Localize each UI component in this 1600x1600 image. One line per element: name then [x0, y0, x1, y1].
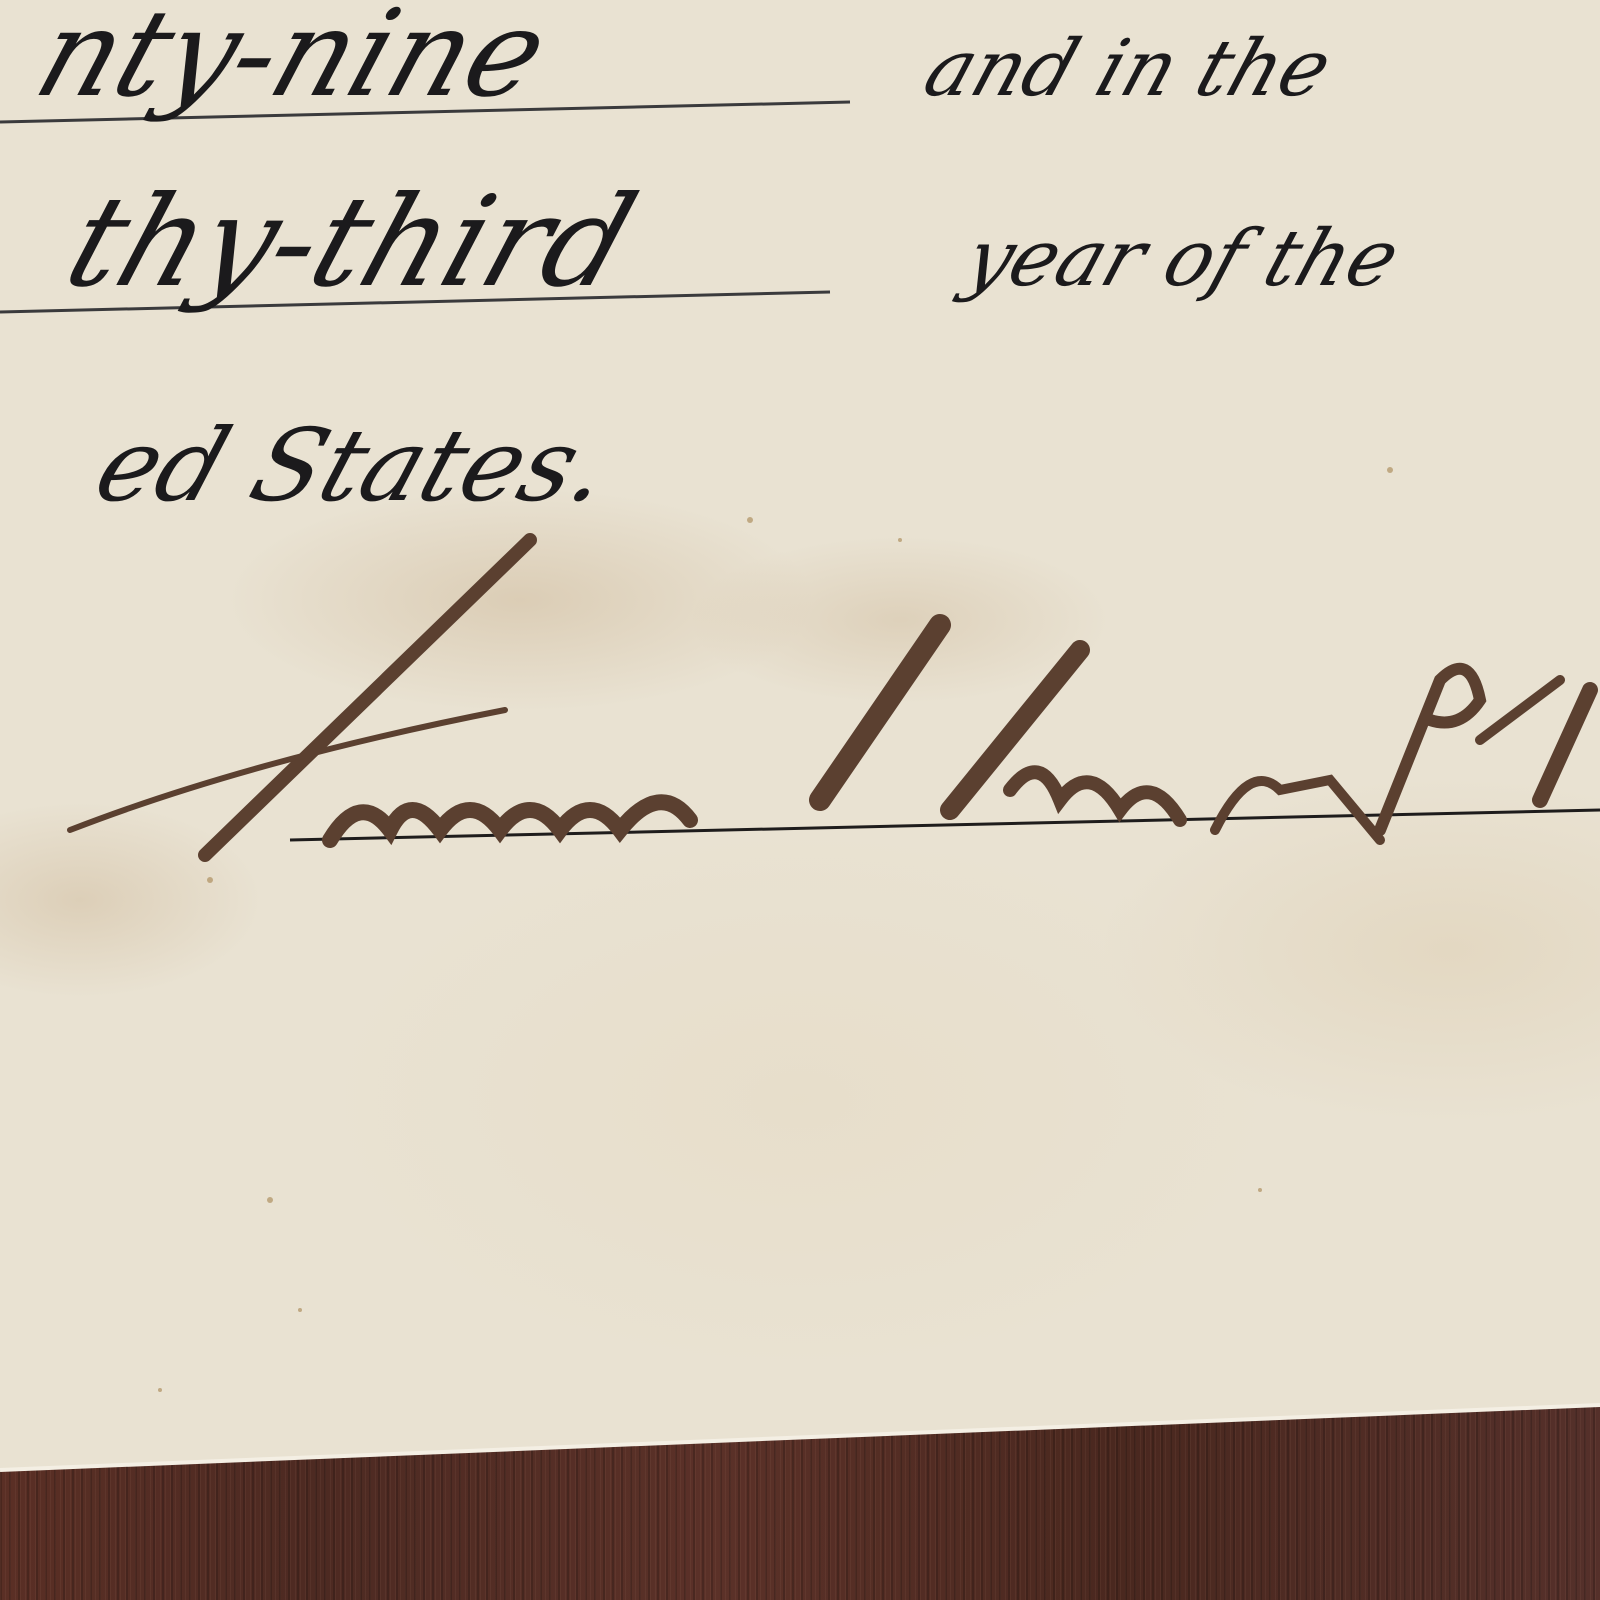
line-filled-2: thy-third [50, 170, 651, 315]
line-engraved-1: and in the [914, 23, 1343, 114]
line-engraved-3: ed States. [82, 408, 625, 524]
photo-scene: nty-nine and in the thy-third year of th… [0, 0, 1600, 1600]
foxing-spots [158, 467, 1393, 1392]
line-engraved-2: year of the [951, 213, 1410, 304]
paper-edge [0, 1405, 1600, 1470]
signature [70, 540, 1590, 855]
line-filled-1: nty-nine [20, 0, 563, 124]
document-markings: nty-nine and in the thy-third year of th… [0, 0, 1600, 1600]
